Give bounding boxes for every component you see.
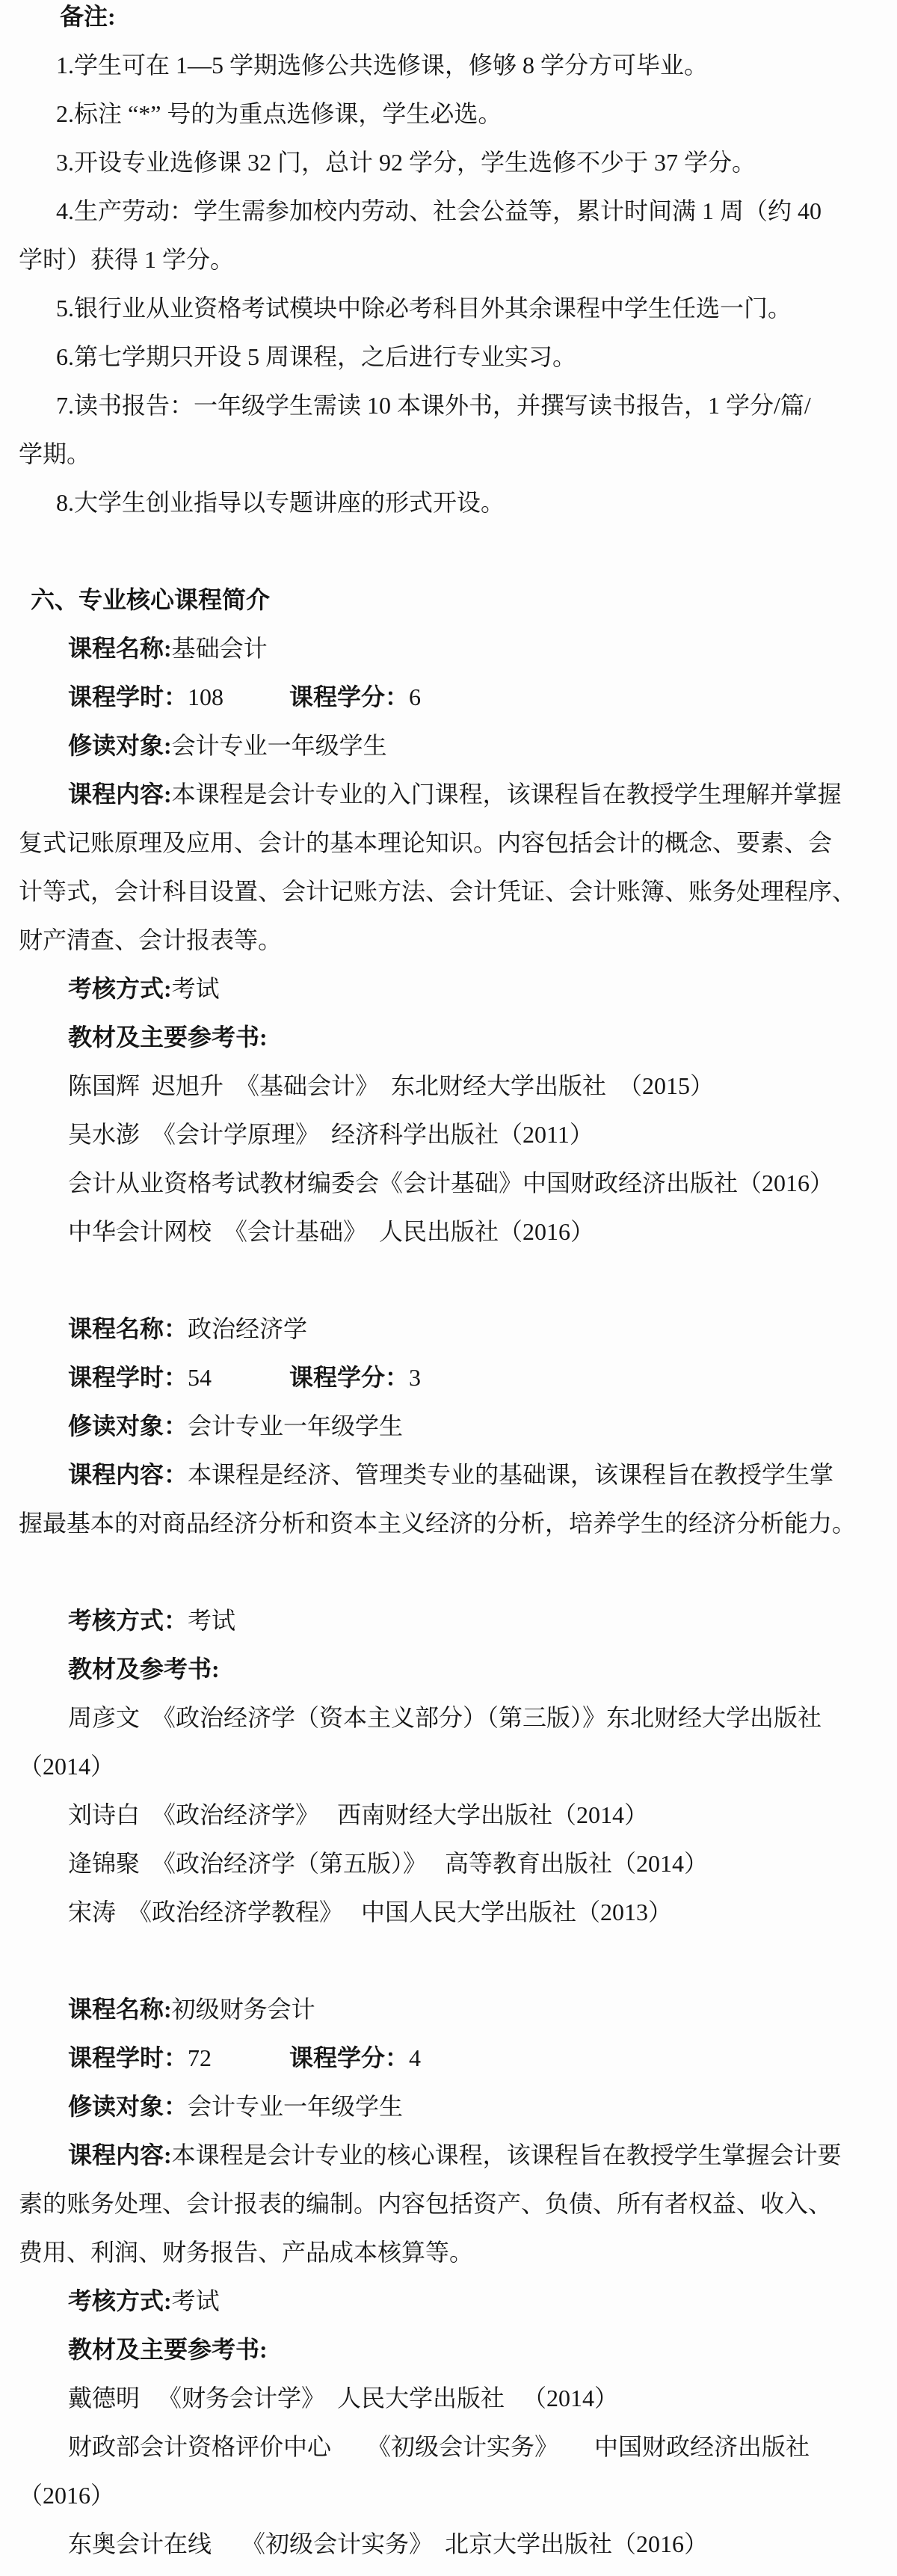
course-audience-value: 会计专业一年级学生 (172, 732, 387, 759)
course-1-content-continuation: 复式记账原理及应用、会计的基本理论知识。内容包括会计的概念、要素、会 (19, 819, 890, 867)
course-hours-group: 课程学时：54 (68, 1353, 289, 1402)
course-3-content-continuation: 素的账务处理、会计报表的编制。内容包括资产、负债、所有者权益、收入、 (19, 2180, 890, 2228)
course-1-content-row: 课程内容:本课程是会计专业的入门课程，该课程旨在教授学生理解并掌握 (19, 770, 890, 819)
blank-line (19, 1256, 890, 1305)
blank-line (19, 527, 890, 576)
course-1-audience-row: 修读对象:会计专业一年级学生 (19, 722, 890, 770)
course-2-audience-row: 修读对象：会计专业一年级学生 (19, 1402, 890, 1451)
book-row: 东奥会计在线 《初级会计实务》 北京大学出版社（2016） (19, 2520, 890, 2569)
book-row: 财政部会计资格评价中心 《初级会计实务》 中国财政经济出版社 (19, 2423, 890, 2471)
note-item-8: 8.大学生创业指导以专题讲座的形式开设。 (19, 479, 890, 527)
course-3-audience-row: 修读对象：会计专业一年级学生 (19, 2082, 890, 2131)
course-name-label: 课程名称: (68, 1996, 172, 2023)
course-3-books-heading: 教材及主要参考书: (19, 2326, 890, 2374)
note-item-7: 7.读书报告：一年级学生需读 10 本课外书，并撰写读书报告，1 学分/篇/ (19, 381, 890, 430)
course-name-value: 政治经济学 (188, 1315, 307, 1342)
book-row-continuation: （2016） (19, 2471, 890, 2520)
course-2-assessment-row: 考核方式：考试 (19, 1596, 890, 1645)
course-3-content-row: 课程内容:本课程是会计专业的核心课程，该课程旨在教授学生掌握会计要 (19, 2131, 890, 2180)
course-hours-label: 课程学时： (68, 683, 188, 710)
course-1-content-continuation: 计等式，会计科目设置、会计记账方法、会计凭证、会计账簿、账务处理程序、 (19, 867, 890, 916)
course-3-hours-row: 课程学时：72课程学分：4 (19, 2034, 890, 2082)
note-item-4: 4.生产劳动：学生需参加校内劳动、社会公益等，累计时间满 1 周（约 40 (19, 187, 890, 236)
book-row: 逄锦聚 《政治经济学（第五版）》 高等教育出版社（2014） (19, 1839, 890, 1888)
course-hours-label: 课程学时： (68, 2044, 188, 2071)
course-3-assessment-row: 考核方式:考试 (19, 2277, 890, 2326)
course-1-name-row: 课程名称:基础会计 (19, 624, 890, 673)
course-2-books-heading: 教材及参考书: (19, 1645, 890, 1694)
course-assessment-value: 考试 (172, 975, 220, 1002)
course-name-value: 初级财务会计 (172, 1996, 315, 2023)
book-row: 中华会计网校 《会计基础》 人民出版社（2016） (19, 1208, 890, 1256)
course-2-name-row: 课程名称：政治经济学 (19, 1305, 890, 1353)
course-2-content-row: 课程内容：本课程是经济、管理类专业的基础课，该课程旨在教授学生掌 (19, 1451, 890, 1499)
course-content-text: 本课程是会计专业的核心课程，该课程旨在教授学生掌握会计要 (172, 2142, 842, 2168)
course-plan-document: 备注: 1.学生可在 1—5 学期选修公共选修课，修够 8 学分方可毕业。 2.… (0, 0, 897, 2569)
course-audience-label: 修读对象: (68, 732, 172, 759)
note-item-6: 6.第七学期只开设 5 周课程，之后进行专业实习。 (19, 333, 890, 381)
course-2-content-continuation: 握最基本的对商品经济分析和资本主义经济的分析，培养学生的经济分析能力。 (19, 1499, 890, 1548)
course-audience-value: 会计专业一年级学生 (188, 1413, 403, 1439)
course-audience-label: 修读对象： (68, 2093, 188, 2120)
course-1-content-continuation: 财产清查、会计报表等。 (19, 916, 890, 965)
course-credits-value: 4 (409, 2044, 421, 2071)
course-assessment-label: 考核方式: (68, 2287, 172, 2314)
course-3-name-row: 课程名称:初级财务会计 (19, 1985, 890, 2034)
course-credits-label: 课程学分： (289, 1364, 409, 1391)
course-1-hours-row: 课程学时：108课程学分：6 (19, 673, 890, 722)
course-assessment-value: 考试 (188, 1607, 235, 1634)
course-content-label: 课程内容： (68, 1461, 188, 1488)
book-row: 周彦文 《政治经济学（资本主义部分）（第三版）》东北财经大学出版社 (19, 1694, 890, 1742)
course-2-hours-row: 课程学时：54课程学分：3 (19, 1353, 890, 1402)
course-hours-group: 课程学时：108 (68, 673, 289, 722)
book-row: 吴水澎 《会计学原理》 经济科学出版社（2011） (19, 1110, 890, 1159)
course-1-assessment-row: 考核方式:考试 (19, 965, 890, 1013)
course-hours-group: 课程学时：72 (68, 2034, 289, 2082)
note-item-2: 2.标注 “*” 号的为重点选修课，学生必选。 (19, 90, 890, 138)
course-hours-label: 课程学时： (68, 1364, 188, 1391)
book-row: 会计从业资格考试教材编委会《会计基础》中国财政经济出版社（2016） (19, 1159, 890, 1208)
course-audience-label: 修读对象： (68, 1413, 188, 1439)
course-credits-value: 3 (409, 1364, 421, 1391)
course-name-value: 基础会计 (172, 635, 268, 662)
notes-heading: 备注: (19, 0, 890, 41)
book-row-continuation: （2014） (19, 1742, 890, 1791)
course-credits-label: 课程学分： (289, 683, 409, 710)
course-hours-value: 54 (188, 1364, 212, 1391)
blank-line (19, 1937, 890, 1985)
course-1-books-heading: 教材及主要参考书: (19, 1013, 890, 1062)
note-item-4-continuation: 学时）获得 1 学分。 (19, 236, 890, 284)
note-item-3: 3.开设专业选修课 32 门，总计 92 学分，学生选修不少于 37 学分。 (19, 138, 890, 187)
course-hours-value: 108 (188, 683, 224, 710)
course-3-content-continuation: 费用、利润、财务报告、产品成本核算等。 (19, 2228, 890, 2277)
course-content-label: 课程内容: (68, 781, 172, 808)
course-name-label: 课程名称: (68, 635, 172, 662)
course-name-label: 课程名称： (68, 1315, 188, 1342)
course-content-label: 课程内容: (68, 2142, 172, 2168)
note-item-1: 1.学生可在 1—5 学期选修公共选修课，修够 8 学分方可毕业。 (19, 41, 890, 90)
course-audience-value: 会计专业一年级学生 (188, 2093, 403, 2120)
course-assessment-value: 考试 (172, 2287, 220, 2314)
note-item-7-continuation: 学期。 (19, 430, 890, 479)
section-heading: 六、专业核心课程简介 (19, 576, 890, 624)
course-credits-value: 6 (409, 683, 421, 710)
blank-line (19, 1548, 890, 1596)
note-item-5: 5.银行业从业资格考试模块中除必考科目外其余课程中学生任选一门。 (19, 284, 890, 333)
course-credits-label: 课程学分： (289, 2044, 409, 2071)
course-assessment-label: 考核方式： (68, 1607, 188, 1634)
course-assessment-label: 考核方式: (68, 975, 172, 1002)
book-row: 戴德明 《财务会计学》 人民大学出版社 （2014） (19, 2374, 890, 2423)
book-row: 宋涛 《政治经济学教程》 中国人民大学出版社（2013） (19, 1888, 890, 1937)
book-row: 刘诗白 《政治经济学》 西南财经大学出版社（2014） (19, 1791, 890, 1839)
course-content-text: 本课程是经济、管理类专业的基础课，该课程旨在教授学生掌 (188, 1461, 833, 1488)
course-hours-value: 72 (188, 2044, 212, 2071)
book-row: 陈国辉 迟旭升 《基础会计》 东北财经大学出版社 （2015） (19, 1062, 890, 1110)
course-content-text: 本课程是会计专业的入门课程，该课程旨在教授学生理解并掌握 (172, 781, 842, 808)
